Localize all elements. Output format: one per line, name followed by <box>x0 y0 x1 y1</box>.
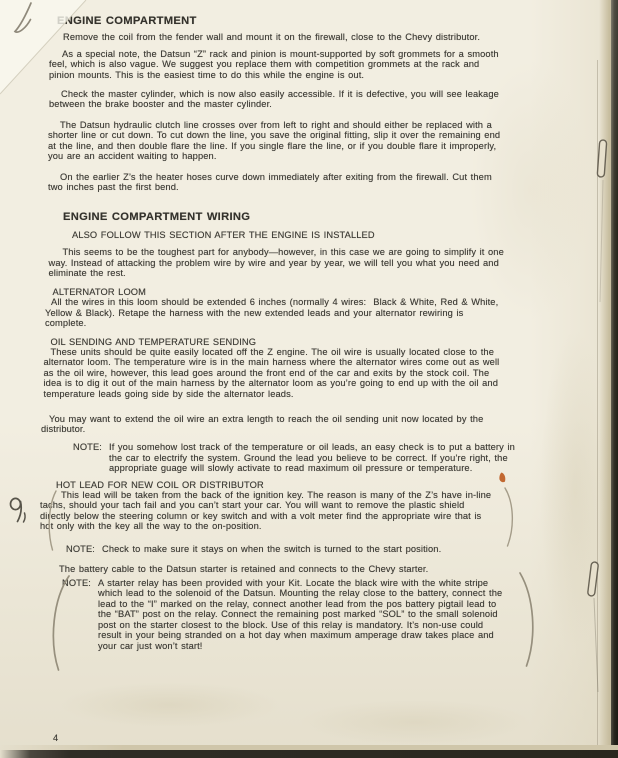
line-also-follow-section: ALSO FOLLOW THIS SECTION AFTER THE ENGIN… <box>72 230 375 241</box>
note-label: NOTE: <box>62 578 92 589</box>
heading-engine-compartment-wiring: ENGINE COMPARTMENT WIRING <box>63 212 250 223</box>
paragraph-extend-oil-wire: You may want to extend the oil wire an e… <box>41 414 483 435</box>
orange-pen-mark <box>499 473 505 483</box>
heading-engine-compartment: ENGINE COMPARTMENT <box>57 16 197 27</box>
paragraph-remove-coil: Remove the coil from the fender wall and… <box>50 32 480 43</box>
handwritten-margin-note-9 <box>11 498 26 522</box>
note-text: Check to make sure it stays on when the … <box>102 544 441 555</box>
subheading-oil-sending: OIL SENDING AND TEMPERATURE SENDING <box>51 337 257 348</box>
paragraph-heater-hoses: On the earlier Z’s the heater hoses curv… <box>48 172 492 193</box>
page-edge-right <box>599 0 611 758</box>
pencil-paren-close-hot-lead <box>505 488 512 546</box>
page-crease-line <box>597 60 598 750</box>
note-starter-relay: NOTE: A starter relay has been provided … <box>62 578 502 652</box>
page-number: 4 <box>53 733 58 744</box>
pencil-paren-close-starter-relay <box>520 573 533 666</box>
paper-stain <box>60 682 280 728</box>
paragraph-toughest-part: This seems to be the toughest part for a… <box>49 247 504 279</box>
paragraph-oil-sending: These units should be quite easily locat… <box>44 347 500 400</box>
note-text: If you somehow lost track of the tempera… <box>109 442 515 474</box>
note-battery-check: NOTE: If you somehow lost track of the t… <box>73 442 515 474</box>
scan-shadow-right <box>611 0 618 758</box>
paragraph-clutch-line: The Datsun hydraulic clutch line crosses… <box>48 120 500 162</box>
scanned-manual-page: ENGINE COMPARTMENT Remove the coil from … <box>0 0 618 758</box>
paragraph-rack-and-pinion: As a special note, the Datsun “Z” rack a… <box>49 49 499 81</box>
paper-shading-right <box>530 0 610 758</box>
paragraph-hot-lead: This lead will be taken from the back of… <box>40 490 491 532</box>
paragraph-alternator-loom: All the wires in this loom should be ext… <box>45 297 498 329</box>
scan-shadow-bottom <box>0 750 618 758</box>
paper-stain <box>300 700 530 744</box>
paragraph-master-cylinder: Check the master cylinder, which is now … <box>49 89 499 110</box>
pencil-checkmark-icon <box>15 3 31 32</box>
note-text: A starter relay has been provided with y… <box>98 578 502 652</box>
note-label: NOTE: <box>66 544 96 555</box>
subheading-alternator-loom: ALTERNATOR LOOM <box>53 287 147 298</box>
paragraph-battery-cable: The battery cable to the Datsun starter … <box>46 564 428 575</box>
note-label: NOTE: <box>73 442 103 453</box>
note-start-position: NOTE: Check to make sure it stays on whe… <box>66 544 441 555</box>
